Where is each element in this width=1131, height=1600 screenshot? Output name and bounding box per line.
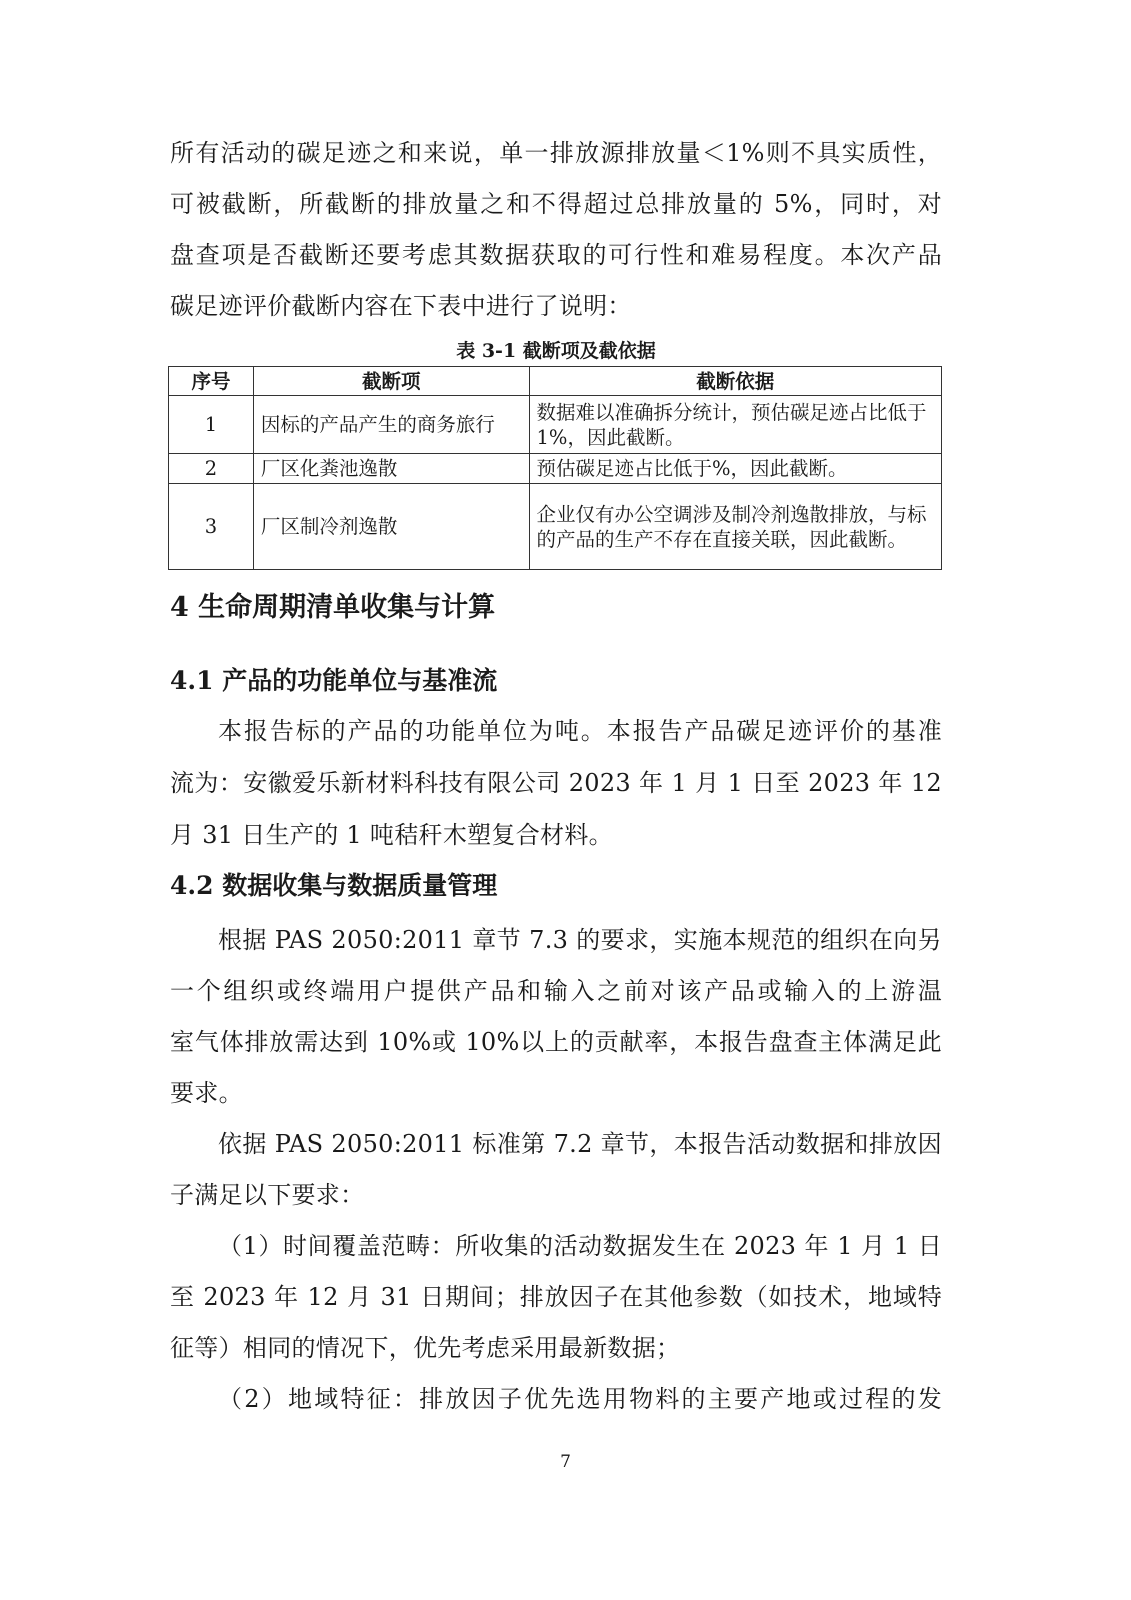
section-4-1-heading: 4.1 产品的功能单位与基准流: [170, 664, 497, 698]
truncation-table: 序号 截断项 截断依据 1 因标的产品产生的商务旅行 数据难以准确拆分统计，预估…: [168, 366, 942, 570]
s42-item1-line-3: 征等）相同的情况下，优先考虑采用最新数据；: [170, 1333, 942, 1363]
header-basis: 截断依据: [529, 367, 941, 396]
row-item: 厂区化粪池逸散: [253, 454, 529, 484]
row-no: 3: [169, 484, 254, 570]
row-basis: 数据难以准确拆分统计，预估碳足迹占比低于 1%，因此截断。: [529, 396, 941, 454]
s41-line-3: 月 31 日生产的 1 吨秸秆木塑复合材料。: [170, 820, 942, 850]
intro-line-2: 可被截断，所截断的排放量之和不得超过总排放量的 5%，同时，对: [170, 189, 942, 219]
s42-p1-line-3: 室气体排放需达到 10%或 10%以上的贡献率，本报告盘查主体满足此: [170, 1027, 942, 1057]
header-item: 截断项: [253, 367, 529, 396]
table-row: 3 厂区制冷剂逸散 企业仅有办公空调涉及制冷剂逸散排放，与标的产品的生产不存在直…: [169, 484, 942, 570]
table-row: 2 厂区化粪池逸散 预估碳足迹占比低于%，因此截断。: [169, 454, 942, 484]
page-number: 7: [0, 1452, 1131, 1472]
s42-p1-line-2: 一个组织或终端用户提供产品和输入之前对该产品或输入的上游温: [170, 976, 942, 1006]
table-caption: 表 3-1 截断项及截依据: [170, 338, 942, 364]
table-row: 1 因标的产品产生的商务旅行 数据难以准确拆分统计，预估碳足迹占比低于 1%，因…: [169, 396, 942, 454]
row-basis: 预估碳足迹占比低于%，因此截断。: [529, 454, 941, 484]
row-item: 因标的产品产生的商务旅行: [253, 396, 529, 454]
header-no: 序号: [169, 367, 254, 396]
s42-p2-line-1: 依据 PAS 2050:2011 标准第 7.2 章节，本报告活动数据和排放因: [218, 1129, 942, 1159]
s41-line-2: 流为：安徽爱乐新材料科技有限公司 2023 年 1 月 1 日至 2023 年 …: [170, 768, 942, 798]
section-4-2-heading: 4.2 数据收集与数据质量管理: [170, 869, 497, 903]
intro-line-1: 所有活动的碳足迹之和来说，单一排放源排放量＜1%则不具实质性，: [170, 138, 942, 168]
row-basis: 企业仅有办公空调涉及制冷剂逸散排放，与标的产品的生产不存在直接关联，因此截断。: [529, 484, 941, 570]
document-page: 所有活动的碳足迹之和来说，单一排放源排放量＜1%则不具实质性， 可被截断，所截断…: [0, 0, 1131, 1600]
s42-item1-line-2: 至 2023 年 12 月 31 日期间；排放因子在其他参数（如技术，地域特: [170, 1282, 942, 1312]
s42-item2-line-1: （2）地域特征：排放因子优先选用物料的主要产地或过程的发: [218, 1384, 942, 1414]
s42-item1-line-1: （1）时间覆盖范畴：所收集的活动数据发生在 2023 年 1 月 1 日: [218, 1231, 942, 1261]
row-no: 1: [169, 396, 254, 454]
s42-p2-line-2: 子满足以下要求：: [170, 1180, 942, 1210]
intro-line-3: 盘查项是否截断还要考虑其数据获取的可行性和难易程度。本次产品: [170, 240, 942, 270]
s42-p1-line-4: 要求。: [170, 1078, 942, 1108]
section-4-heading: 4 生命周期清单收集与计算: [170, 590, 495, 626]
s42-p1-line-1: 根据 PAS 2050:2011 章节 7.3 的要求，实施本规范的组织在向另: [218, 925, 942, 955]
intro-line-4: 碳足迹评价截断内容在下表中进行了说明：: [170, 291, 942, 321]
row-item: 厂区制冷剂逸散: [253, 484, 529, 570]
s41-line-1: 本报告标的产品的功能单位为吨。本报告产品碳足迹评价的基准: [218, 716, 942, 746]
table-header-row: 序号 截断项 截断依据: [169, 367, 942, 396]
row-no: 2: [169, 454, 254, 484]
